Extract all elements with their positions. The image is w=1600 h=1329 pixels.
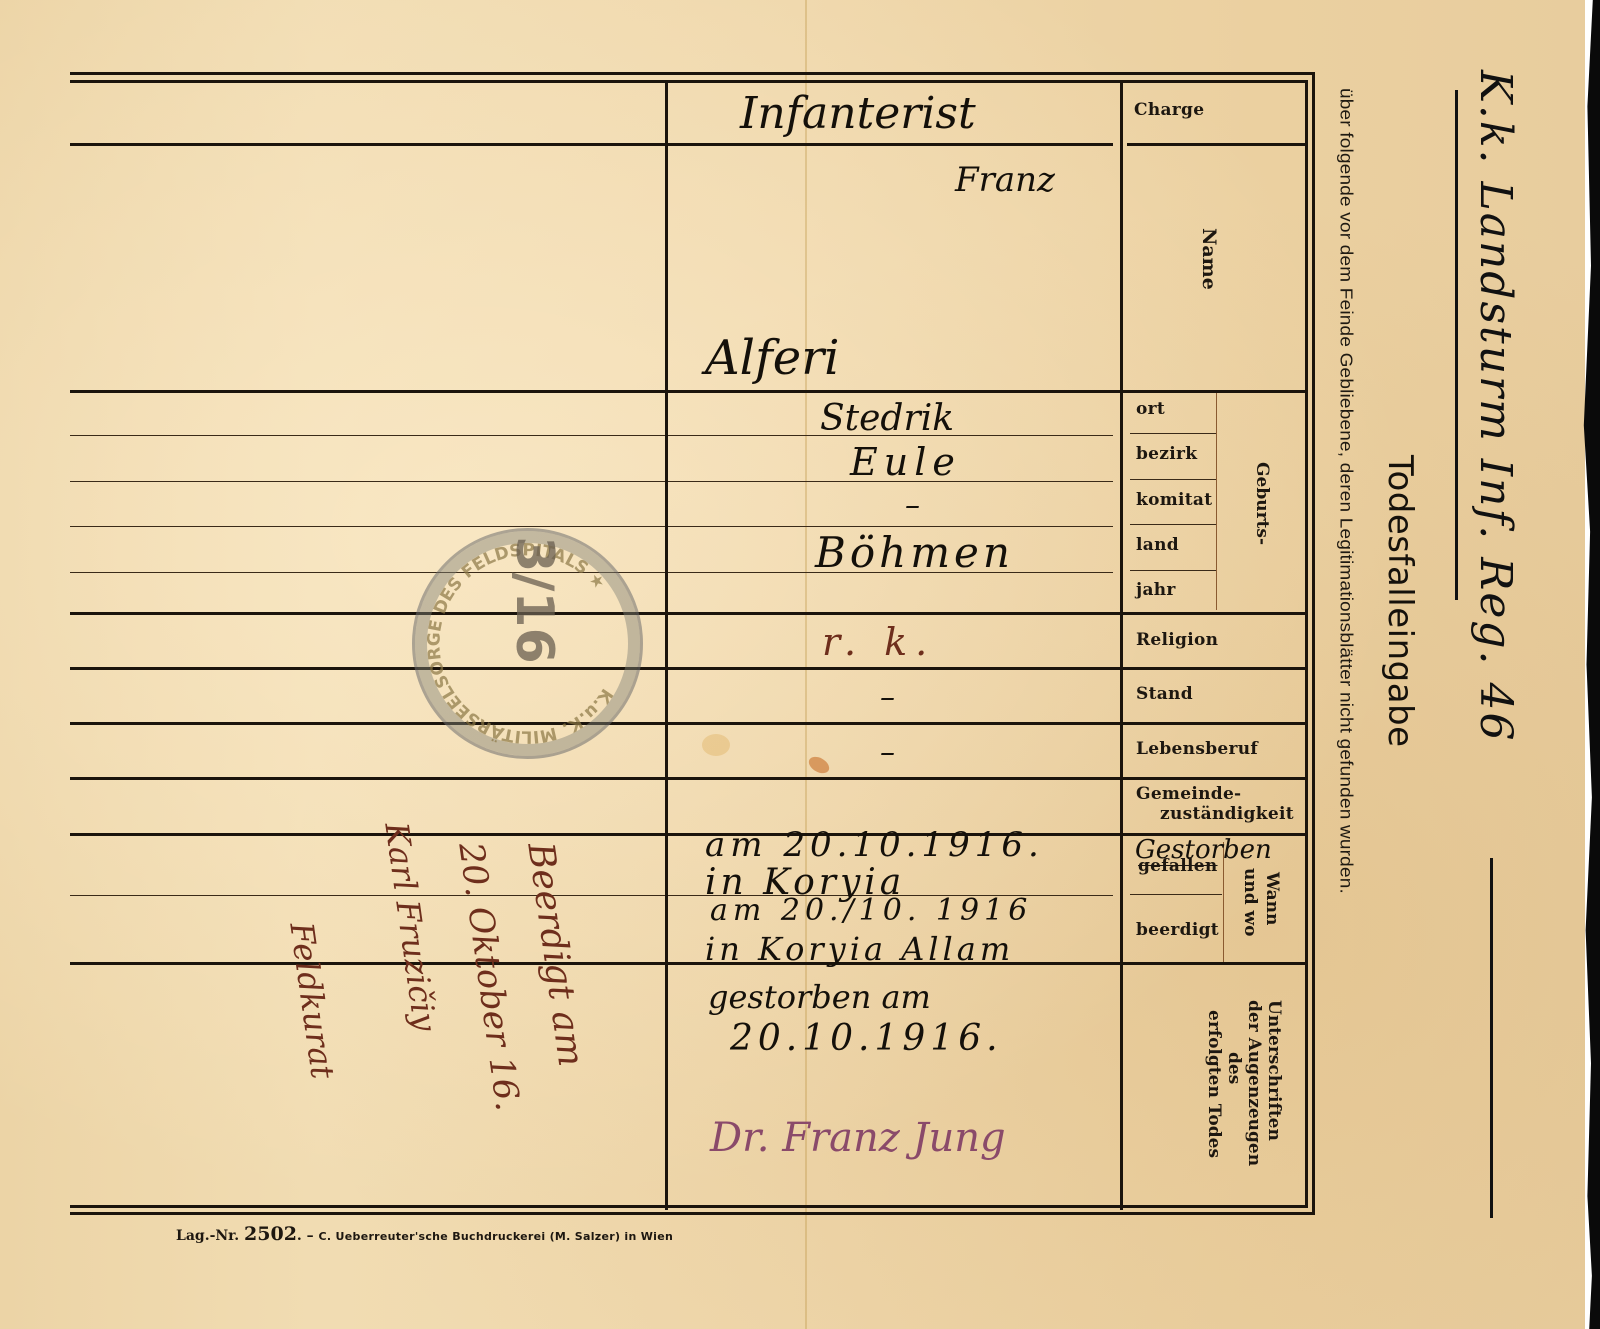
column-divider-left	[665, 80, 668, 1210]
row-line-thin	[70, 526, 665, 527]
value-last-name: Alferi	[705, 330, 839, 386]
value-geburtsort: Stedrik	[820, 398, 954, 439]
label-geburts-komitat: komitat	[1136, 490, 1212, 510]
row-line-thin	[70, 435, 665, 436]
frame-right-outer	[1312, 72, 1315, 1214]
frame-top-outer	[70, 72, 1315, 75]
label-wann: Wann	[1262, 872, 1282, 925]
column-divider-labels	[1120, 80, 1123, 1210]
marginal-note-line3: Karl Fruzičiy	[377, 820, 444, 1033]
printer-footer: Lag.-Nr. 2502. – C. Ueberreuter'sche Buc…	[176, 1223, 673, 1245]
value-zeugen-line1: gestorben am	[708, 978, 931, 1016]
row-line	[668, 143, 1113, 146]
row-line	[70, 777, 1305, 780]
label-religion: Religion	[1136, 630, 1218, 650]
value-gefallen-override: Gestorben	[1135, 835, 1272, 865]
label-lebensberuf: Lebensberuf	[1136, 739, 1258, 759]
marginal-note: Beerdigt am 20. Oktober 16. Karl Fruziči…	[265, 800, 655, 1200]
label-unterschriften-l4: erfolgten Todes	[1204, 1010, 1224, 1158]
value-lebensberuf: –	[880, 735, 895, 770]
marginal-note-line2: 20. Oktober 16.	[450, 840, 527, 1113]
geburts-divider	[1216, 392, 1217, 610]
footer-number: 2502	[244, 1223, 297, 1245]
row-line-thin	[1130, 524, 1216, 525]
row-line-thin	[1130, 433, 1216, 434]
value-beerdigt-place: in Koryia Allam	[705, 930, 1014, 968]
footer-prefix: Lag.-Nr.	[176, 1228, 239, 1244]
label-unterschriften-l2: der Augenzeugen	[1244, 1000, 1264, 1166]
frame-bottom-outer	[70, 1212, 1315, 1215]
value-zeugen-line2: 20.10.1916.	[730, 1018, 1003, 1059]
handwritten-regiment: K.k. Landsturm Inf. Reg. 46	[1470, 70, 1521, 743]
value-stand: –	[880, 680, 895, 715]
stamp-number: 3/16	[504, 536, 564, 664]
label-charge: Charge	[1134, 100, 1204, 120]
value-land: Böhmen	[815, 528, 1014, 577]
marginal-note-line4: Feldkurat	[282, 920, 342, 1081]
row-line-thin	[1130, 570, 1216, 571]
signature-witness: Dr. Franz Jung	[710, 1115, 1006, 1161]
ink-stain	[702, 734, 730, 756]
row-line-thin	[1130, 479, 1216, 480]
label-stand: Stand	[1136, 684, 1193, 704]
value-komitat: –	[905, 488, 920, 523]
row-line-thin	[1130, 894, 1222, 895]
row-line	[70, 722, 1305, 725]
row-line	[70, 143, 665, 146]
label-geburts-jahr: jahr	[1136, 580, 1176, 600]
footer-separator: . –	[297, 1228, 314, 1244]
row-line-thin	[70, 481, 665, 482]
label-unterschriften-l3: des	[1224, 1052, 1244, 1084]
label-und-wo: und wo	[1240, 868, 1260, 937]
header-underline	[1455, 90, 1458, 600]
row-line	[70, 833, 1305, 836]
document-title: Todesfalleingabe	[1380, 455, 1420, 748]
footer-printer: C. Ueberreuter'sche Buchdruckerei (M. Sa…	[319, 1230, 674, 1243]
label-geburts-ort: ort	[1136, 399, 1165, 419]
label-geburts-land: land	[1136, 535, 1179, 555]
row-line	[70, 390, 1305, 393]
row-line	[70, 612, 1305, 615]
row-line	[70, 667, 1305, 670]
value-gefallen-date: am 20.10.1916.	[705, 825, 1044, 865]
label-gemeinde-line2: zuständigkeit	[1160, 804, 1294, 824]
value-charge: Infanterist	[740, 88, 976, 139]
frame-right-inner	[1305, 80, 1308, 1207]
label-geburts-group: Geburts-	[1252, 462, 1272, 545]
value-beerdigt-date: am 20./10. 1916	[710, 893, 1032, 928]
value-first-name: Franz	[955, 160, 1055, 200]
right-margin-line	[1490, 858, 1493, 1218]
label-beerdigt: beerdigt	[1136, 920, 1219, 940]
row-line	[70, 962, 1305, 965]
document-subtitle: über folgende vor dem Feinde Gebliebene,…	[1335, 88, 1355, 894]
value-bezirk: Eule	[850, 440, 961, 484]
value-religion: r. k.	[822, 620, 935, 664]
row-line-thin	[668, 526, 1113, 527]
label-unterschriften-l1: Unterschriften	[1264, 1000, 1284, 1141]
row-line	[1127, 143, 1305, 146]
label-gemeinde-line1: Gemeinde-	[1136, 784, 1241, 804]
label-geburts-bezirk: bezirk	[1136, 444, 1197, 464]
marginal-note-line1: Beerdigt am	[519, 840, 591, 1069]
label-name: Name	[1198, 228, 1220, 290]
